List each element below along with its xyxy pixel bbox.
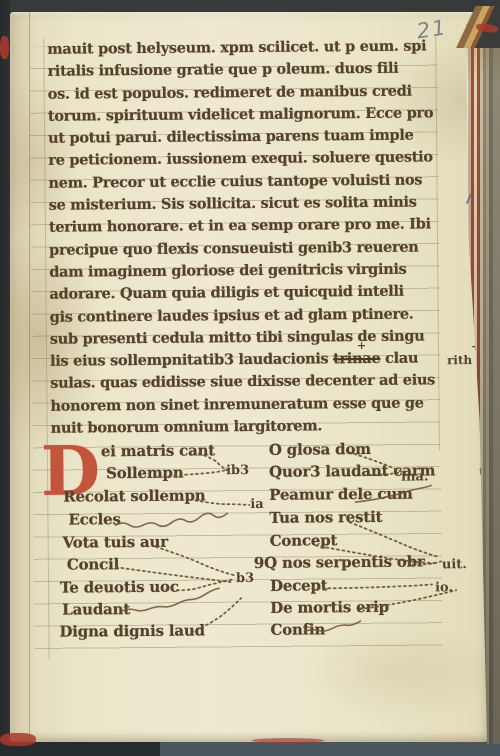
prose-block: mauit post helyseum. xpm scilicet. ut p …: [47, 35, 452, 440]
list-item-right: Concept: [270, 531, 338, 550]
folio-content: mauit post helyseum. xpm scilicet. ut p …: [7, 10, 493, 744]
margin-correction: rith: [447, 353, 472, 367]
insertion-mark-inline: +: [357, 339, 366, 352]
connector-label-ia: ia: [250, 497, 264, 512]
struck-word: trinae: [333, 350, 380, 367]
prose-line: sulas. quas edidisse siue dixisse decent…: [50, 370, 452, 396]
list-item-right: Decept: [270, 576, 328, 595]
manuscript-page: mauit post helyseum. xpm scilicet. ut p …: [10, 12, 490, 742]
list-row: Digna dignis laud Confin: [12, 619, 492, 645]
prose-line: gis continere laudes ipsius et ad glam p…: [50, 303, 452, 329]
list-item-right: Tua nos restit: [269, 508, 382, 527]
list-item-right: Confin: [270, 620, 325, 638]
list-item-right: De mortis erip: [270, 598, 389, 617]
prose-line: terium honorare. et in ea semp orare pro…: [49, 214, 451, 240]
prose-line: honorem non sinet inremuneratum esse que…: [50, 392, 452, 418]
list-item-left: Eccles: [68, 510, 120, 528]
red-stain-left: [0, 36, 9, 59]
red-stain-bottom-left: [0, 733, 36, 746]
list-item-left: Te deuotis uoc: [60, 578, 179, 597]
list-item-left: ei matris cant: [101, 441, 215, 460]
list-item-right: Peamur dele cum: [269, 485, 413, 504]
list-item-right: 9Q nos serpentis obr: [254, 552, 425, 571]
connector-label-ina: ina.: [401, 469, 428, 484]
connector-label-b3: b3: [236, 571, 254, 586]
list-item-left: Sollempn: [106, 464, 184, 483]
manuscript-photo: mauit post helyseum. xpm scilicet. ut p …: [0, 0, 500, 756]
prose-line-post: clau: [380, 350, 418, 367]
prose-line: nuit bonorum omnium largitorem.: [51, 414, 453, 440]
list-item-left: Recolat sollempn: [63, 486, 205, 505]
list-item-left: Concil: [67, 555, 119, 573]
list-item-right: O glosa dom: [269, 440, 371, 459]
prose-line: adorare. Quam quia diligis et quicquid i…: [49, 281, 451, 307]
list-item-left: Vota tuis aur: [63, 533, 168, 552]
connector-label-io: io.: [435, 580, 453, 595]
list-item-left: Digna dignis laud: [59, 621, 205, 640]
prose-line-pre: lis eius sollempnitatib3 laudacionis: [50, 350, 333, 369]
connector-label-uit: uit.: [442, 557, 467, 572]
connector-label-ib3: ib3: [226, 463, 249, 478]
prose-line: re peticionem. iussionem exequi. soluere…: [48, 147, 450, 173]
red-stain-bottom-mid: [252, 738, 324, 743]
list-item-left: Laudant: [62, 600, 130, 619]
prose-line: ritalis infusione gratie que p oleum. du…: [47, 58, 449, 84]
